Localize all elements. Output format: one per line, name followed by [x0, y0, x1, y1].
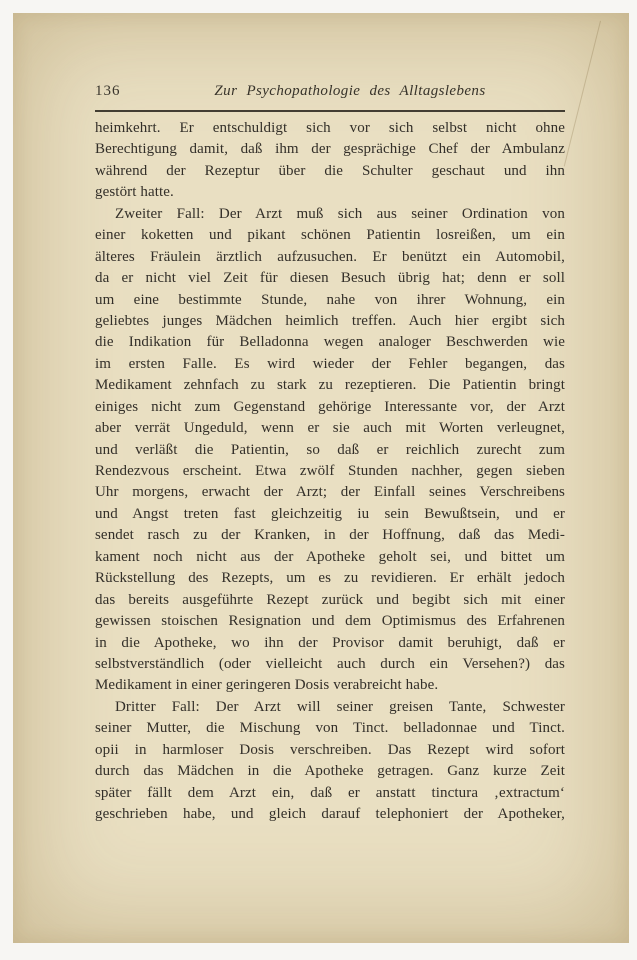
page-crease [564, 21, 601, 167]
text-line: kament noch nicht aus der Apotheke gehol… [95, 547, 565, 568]
header-rule [95, 110, 565, 112]
text-line: Zweiter Fall: Der Arzt muß sich aus sein… [95, 204, 565, 225]
text-line: Uhr morgens, erwacht der Arzt; der Einfa… [95, 482, 565, 503]
text-line: Rendezvous erscheint. Etwa zwölf Stunden… [95, 461, 565, 482]
text-line: die Indikation für Belladonna wegen anal… [95, 332, 565, 353]
text-line: aber verrät Ungeduld, wenn er sie auch m… [95, 418, 565, 439]
text-line: geliebtes junges Mädchen heimlich treffe… [95, 311, 565, 332]
page-scan: 136 Zur Psychopathologie des Alltagslebe… [0, 0, 637, 960]
text-line: da er nicht viel Zeit für diesen Besuch … [95, 268, 565, 289]
text-line: heimkehrt. Er entschuldigt sich vor sich… [95, 118, 565, 139]
text-line: Berechtigung damit, daß ihm der gespräch… [95, 139, 565, 160]
text-line: und verläßt die Patientin, so daß er rei… [95, 440, 565, 461]
text-line: opii in harmloser Dosis verschreiben. Da… [95, 740, 565, 761]
page-header: 136 Zur Psychopathologie des Alltagslebe… [95, 83, 565, 100]
text-line: in die Apotheke, wo ihn der Provisor dam… [95, 633, 565, 654]
text-line: Medikament zehnfach zu stark zu rezeptie… [95, 375, 565, 396]
text-line: älteres Fräulein ärztlich aufzusuchen. E… [95, 247, 565, 268]
text-line: seiner Mutter, die Mischung von Tinct. b… [95, 718, 565, 739]
running-header: Zur Psychopathologie des Alltagslebens [155, 83, 545, 100]
text-line: während der Rezeptur über die Schulter g… [95, 161, 565, 182]
text-line: selbstverständlich (oder vielleicht auch… [95, 654, 565, 675]
text-line: Medikament in einer geringeren Dosis ver… [95, 675, 565, 696]
text-line: geschrieben habe, und gleich darauf tele… [95, 804, 565, 825]
text-line: um eine bestimmte Stunde, nahe von ihrer… [95, 290, 565, 311]
text-line: gewissen stoischen Resignation und dem O… [95, 611, 565, 632]
page-number: 136 [95, 83, 155, 100]
text-line: Rückstellung des Rezepts, um es zu revid… [95, 568, 565, 589]
body-text: heimkehrt. Er entschuldigt sich vor sich… [95, 118, 565, 825]
text-line: einer koketten und pikant schönen Patien… [95, 225, 565, 246]
text-line: im ersten Falle. Es wird wieder der Fehl… [95, 354, 565, 375]
text-line: gestört hatte. [95, 182, 565, 203]
book-page: 136 Zur Psychopathologie des Alltagslebe… [13, 13, 629, 943]
text-line: einiges nicht zum Gegenstand gehörige In… [95, 397, 565, 418]
text-line: das bereits ausgeführte Rezept zurück un… [95, 590, 565, 611]
text-line: später fällt dem Arzt ein, daß er anstat… [95, 783, 565, 804]
text-line: und Angst treten fast gleichzeitig iu se… [95, 504, 565, 525]
text-line: Dritter Fall: Der Arzt will seiner greis… [95, 697, 565, 718]
text-line: sendet rasch zu der Kranken, in der Hoff… [95, 525, 565, 546]
text-line: durch das Mädchen in die Apotheke getrag… [95, 761, 565, 782]
